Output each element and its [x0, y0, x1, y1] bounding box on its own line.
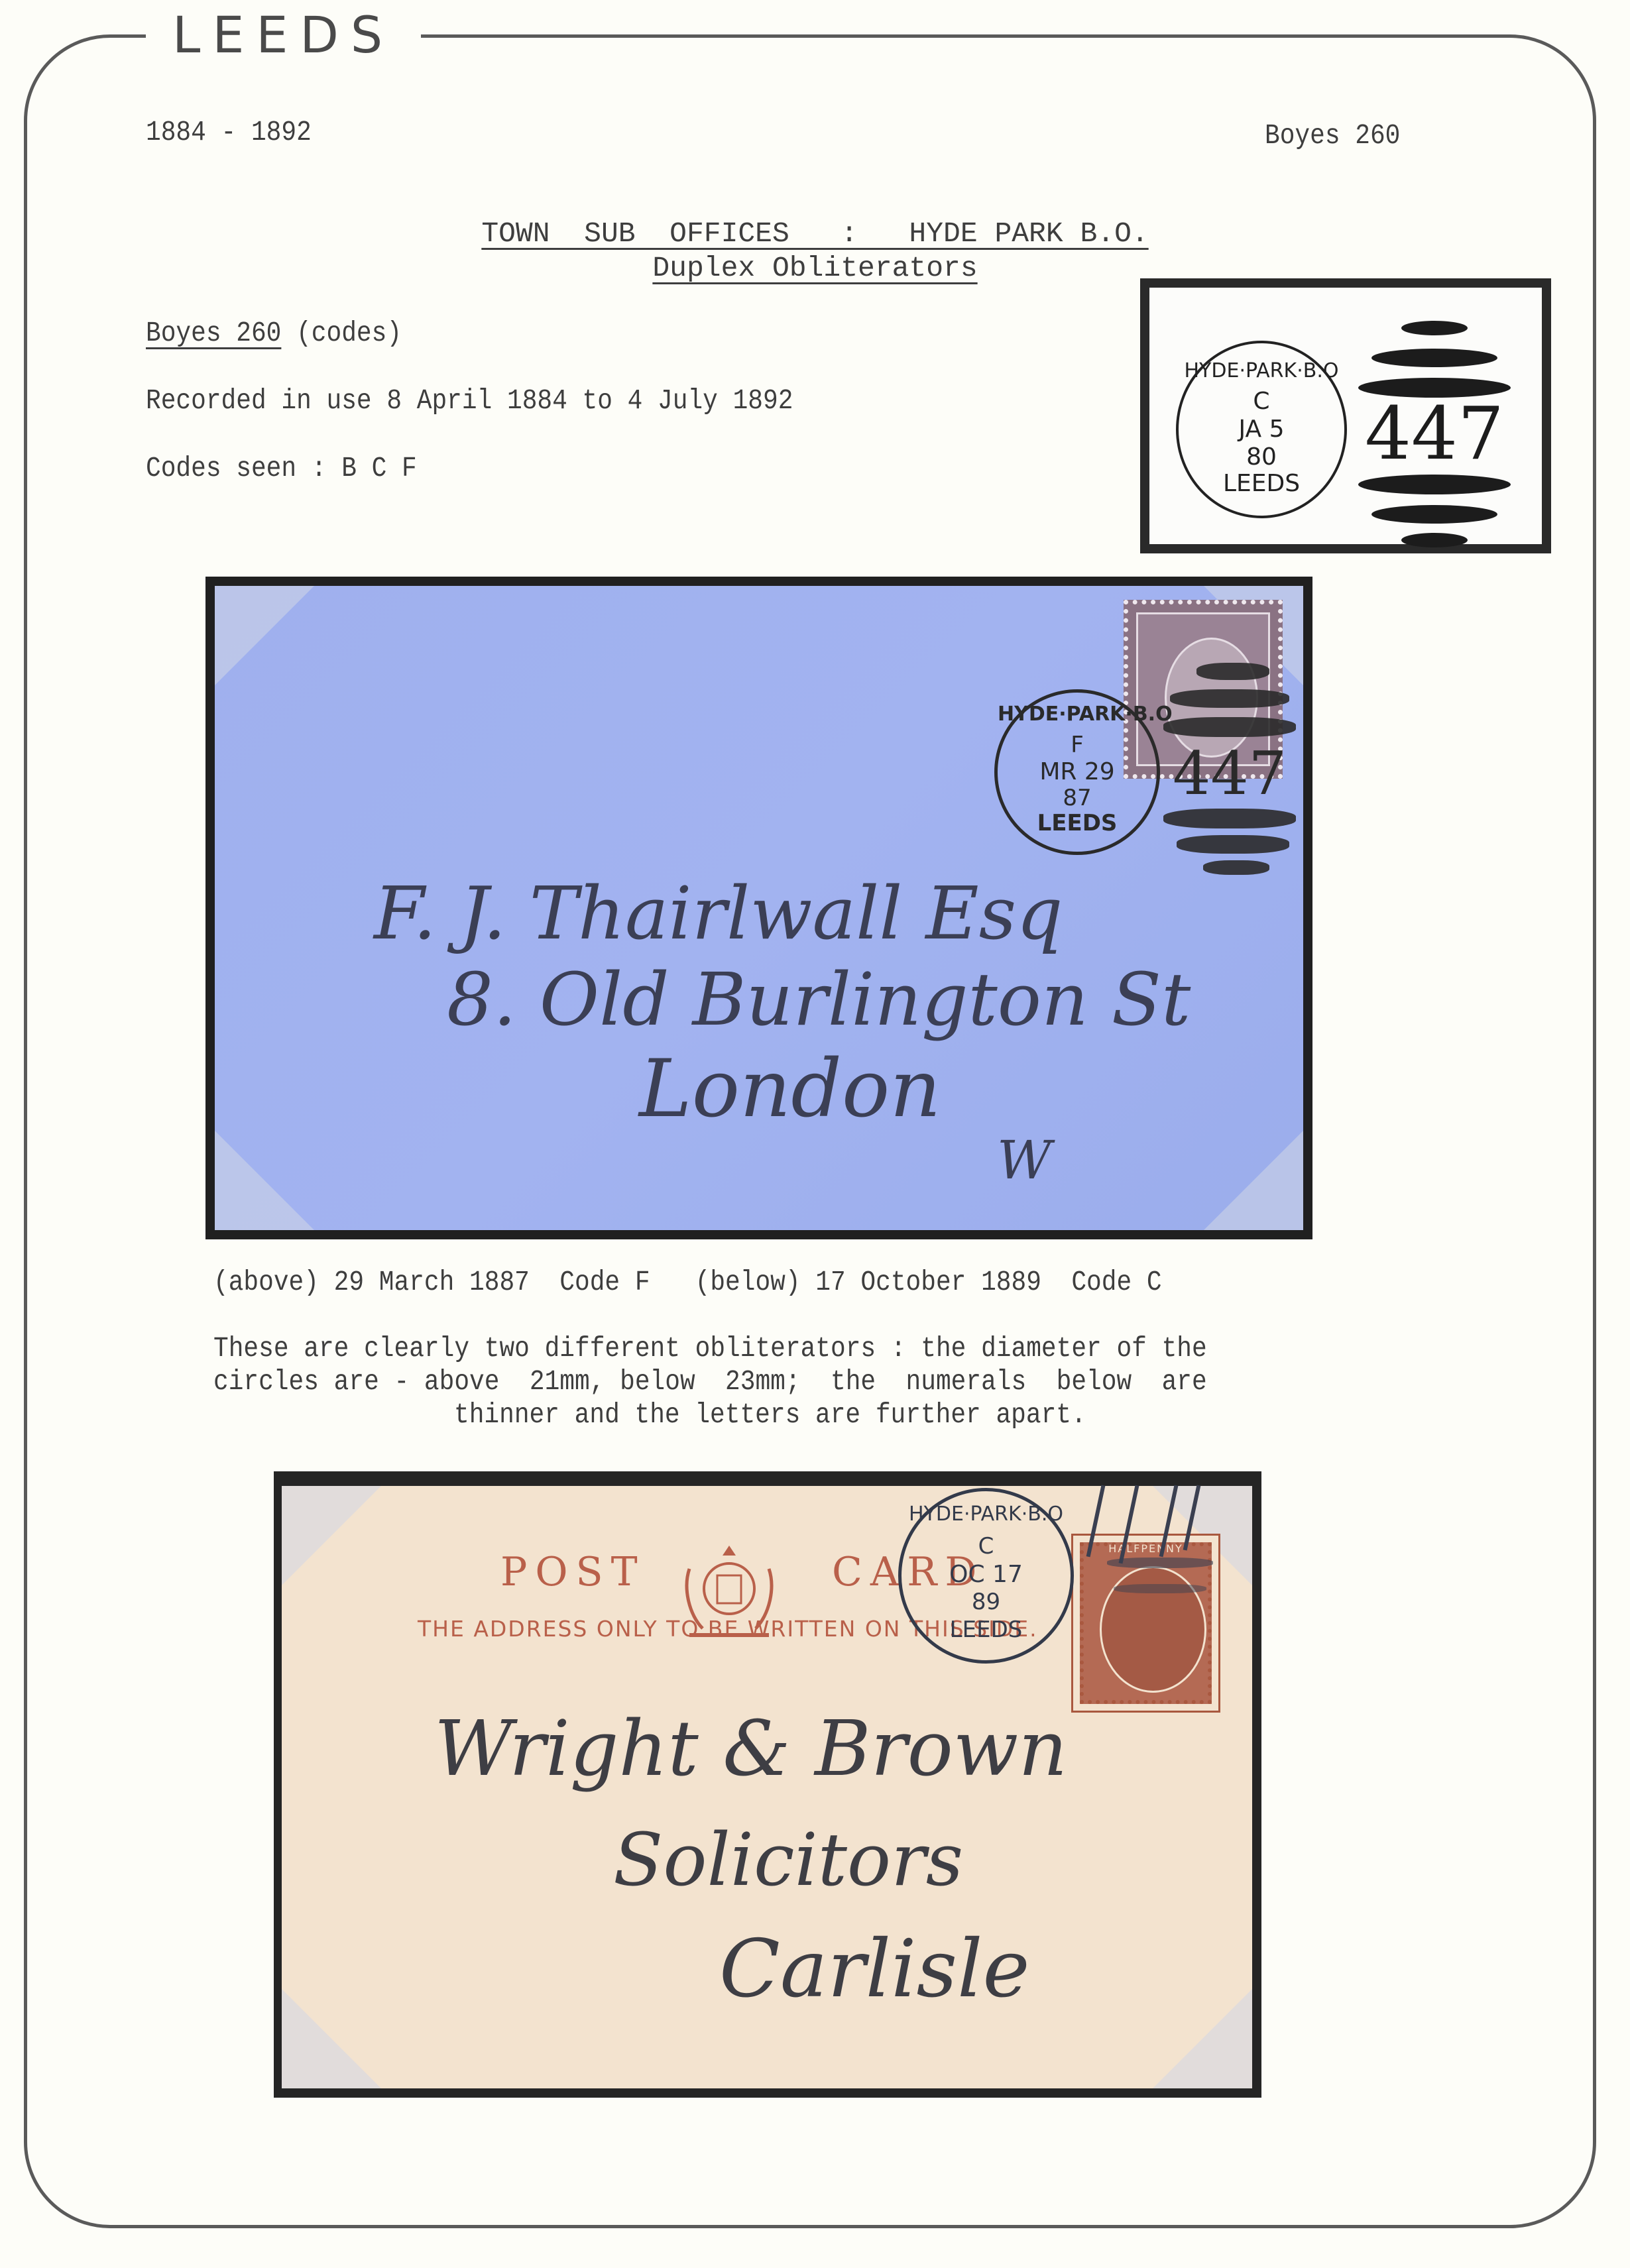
codes-seen-line: Codes seen : B C F: [146, 452, 417, 484]
duplex-numeral-1887: 447: [1163, 663, 1296, 875]
postmark-1887: HYDE·PARK·B.O F MR 29 87 LEEDS: [994, 689, 1160, 855]
cover-caption: (above) 29 March 1887 Code F (below) 17 …: [213, 1266, 1162, 1298]
card-address-line-1: Wright & Brown: [434, 1705, 1067, 1793]
boyes-ref: Boyes 260: [146, 317, 281, 349]
cds-year: 80: [1179, 444, 1344, 471]
frame-title: LEEDS: [146, 5, 421, 65]
cds-town: LEEDS: [1179, 471, 1344, 497]
postmark-1889: HYDE·PARK·B.O C OC 17 89 LEEDS: [898, 1488, 1074, 1664]
duplex-numeral-1889: [1080, 1485, 1233, 1617]
page-heading: TOWN SUB OFFICES : HYDE PARK B.O.: [0, 217, 1630, 250]
cds-code: C: [1179, 388, 1344, 415]
address-line-3: London: [639, 1043, 941, 1135]
address-line-4: W: [997, 1129, 1051, 1191]
note-line-2: circles are - above 21mm, below 23mm; th…: [213, 1365, 1207, 1398]
cds-date: JA 5: [1179, 416, 1344, 443]
obliterator-sample: HYDE·PARK·B.O C JA 5 80 LEEDS 447: [1140, 278, 1551, 553]
address-line-2: 8. Old Burlington St: [447, 957, 1191, 1042]
note-line-1: These are clearly two different oblitera…: [213, 1332, 1207, 1365]
period-label: 1884 - 1892: [146, 116, 312, 148]
heading-line1: TOWN SUB OFFICES : HYDE PARK B.O.: [481, 217, 1148, 250]
numeral-oval: 447: [1348, 321, 1521, 520]
note-line-3: thinner and the letters are further apar…: [454, 1398, 1086, 1431]
heading-line2: Duplex Obliterators: [652, 252, 977, 284]
numeral-447: 447: [1348, 397, 1521, 470]
boyes-line: Boyes 260 (codes): [146, 317, 402, 349]
recorded-line: Recorded in use 8 April 1884 to 4 July 1…: [146, 384, 793, 417]
reference-label: Boyes 260: [1265, 119, 1400, 152]
boyes-suffix: (codes): [281, 317, 402, 349]
postcard-title-left: POST: [500, 1549, 646, 1595]
address-line-1: F. J. Thairlwall Esq: [374, 871, 1063, 956]
card-address-line-2: Solicitors: [613, 1817, 963, 1902]
card-address-line-3: Carlisle: [719, 1923, 1029, 2015]
cds-circle: HYDE·PARK·B.O C JA 5 80 LEEDS: [1176, 341, 1347, 518]
cds-office: HYDE·PARK·B.O: [1179, 358, 1344, 384]
